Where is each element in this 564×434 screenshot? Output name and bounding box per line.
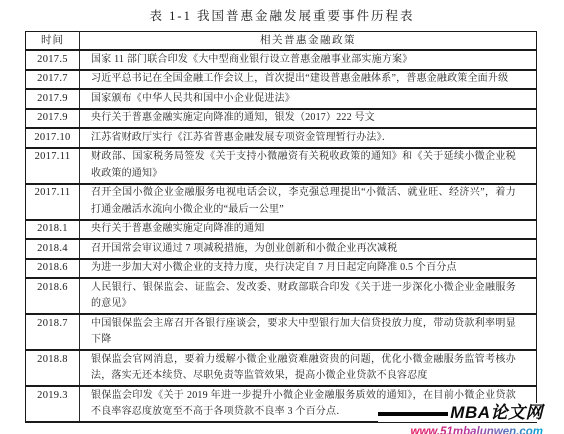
event-date-cell: 2017.11 [26, 184, 80, 220]
event-policy-cell: 财政部、国家税务局签发《关于支持小微融资有关税收政策的通知》和《关于延续小微企业… [80, 148, 537, 184]
event-date-cell: 2018.8 [26, 350, 80, 386]
event-date-cell: 2017.7 [26, 70, 80, 90]
event-policy-cell: 习近平总书记在全国金融工作会议上，首次提出“建设普惠金融体系”，普惠金融政策全面… [80, 70, 537, 90]
table-row: 2018.1 央行关于普惠金融实施定向降准的通知 [26, 220, 537, 240]
event-policy-cell: 央行关于普惠金融实施定向降准的通知，银发（2017）222 号文 [80, 109, 537, 129]
table-row: 2017.11 财政部、国家税务局签发《关于支持小微融资有关税收政策的通知》和《… [26, 148, 537, 184]
table-header-row: 时间 相关普惠金融政策 [26, 32, 537, 51]
event-date-cell: 2017.9 [26, 89, 80, 109]
table-caption: 表 1-1 我国普惠金融发展重要事件历程表 [0, 6, 564, 24]
event-date-cell: 2017.11 [26, 148, 80, 184]
event-date-cell: 2018.6 [26, 278, 80, 314]
event-policy-cell: 江苏省财政厅实行《江苏省普惠金融发展专项资金管理暂行办法》． [80, 128, 537, 148]
table-row: 2017.7 习近平总书记在全国金融工作会议上，首次提出“建设普惠金融体系”，普… [26, 70, 537, 90]
watermark-name-row: MBA论文网 [378, 403, 543, 422]
table-row: 2017.11 召开全国小微企业金融服务电视电话会议，李克强总理提出“小微活、就… [26, 184, 537, 220]
table-row: 2017.9 国家颁布《中华人民共和国中小企业促进法》 [26, 89, 537, 109]
watermark-site-name: MBA论文网 [450, 403, 543, 422]
table-row: 2018.8 银保监会官网消息，要着力缓解小微企业融资难融资贵的问题，优化小微金… [26, 350, 537, 386]
column-header-policy: 相关普惠金融政策 [80, 32, 537, 51]
event-policy-cell: 央行关于普惠金融实施定向降准的通知 [80, 220, 537, 240]
event-date-cell: 2017.9 [26, 109, 80, 129]
event-policy-cell: 中国银保监会主席召开各银行座谈会，要求大中型银行加大信贷投放力度，带动贷款利率明… [80, 314, 537, 350]
event-date-cell: 2018.1 [26, 220, 80, 240]
event-date-cell: 2017.5 [26, 50, 80, 70]
events-table: 时间 相关普惠金融政策 2017.5 国家 11 部门联合印发《大中型商业银行设… [25, 31, 537, 423]
watermark: MBA论文网 www.51mbalunwen.com [378, 403, 543, 434]
event-date-cell: 2017.10 [26, 128, 80, 148]
table-row: 2017.10 江苏省财政厅实行《江苏省普惠金融发展专项资金管理暂行办法》． [26, 128, 537, 148]
table-row: 2018.7 中国银保监会主席召开各银行座谈会，要求大中型银行加大信贷投放力度，… [26, 314, 537, 350]
event-date-cell: 2019.3 [26, 386, 80, 422]
event-date-cell: 2018.7 [26, 314, 80, 350]
watermark-site-url: www.51mbalunwen.com [411, 426, 544, 434]
event-policy-cell: 为进一步加大对小微企业的支持力度，央行决定自 7 月日起定向降准 0.5 个百分… [80, 259, 537, 279]
event-date-cell: 2018.4 [26, 239, 80, 259]
event-policy-cell: 召开全国小微企业金融服务电视电话会议，李克强总理提出“小微活、就业旺、经济兴”，… [80, 184, 537, 220]
event-policy-cell: 召开国常会审议通过 7 项减税措施，为创业创新和小微企业再次减税 [80, 239, 537, 259]
events-table-body: 2017.5 国家 11 部门联合印发《大中型商业银行设立普惠金融事业部实施方案… [26, 50, 537, 422]
event-policy-cell: 银保监会官网消息，要着力缓解小微企业融资难融资贵的问题，优化小微金融服务监管考核… [80, 350, 537, 386]
event-policy-cell: 国家颁布《中华人民共和国中小企业促进法》 [80, 89, 537, 109]
document-page: 表 1-1 我国普惠金融发展重要事件历程表 时间 相关普惠金融政策 2017.5… [0, 0, 564, 434]
watermark-rule [378, 412, 448, 416]
table-row: 2018.6 人民银行、银保监会、证监会、发改委、财政部联合印发《关于进一步深化… [26, 278, 537, 314]
table-row: 2018.6 为进一步加大对小微企业的支持力度，央行决定自 7 月日起定向降准 … [26, 259, 537, 279]
table-row: 2017.5 国家 11 部门联合印发《大中型商业银行设立普惠金融事业部实施方案… [26, 50, 537, 70]
event-date-cell: 2018.6 [26, 259, 80, 279]
table-row: 2018.4 召开国常会审议通过 7 项减税措施，为创业创新和小微企业再次减税 [26, 239, 537, 259]
table-row: 2017.9 央行关于普惠金融实施定向降准的通知，银发（2017）222 号文 [26, 109, 537, 129]
event-policy-cell: 人民银行、银保监会、证监会、发改委、财政部联合印发《关于进一步深化小微企业金融服… [80, 278, 537, 314]
event-policy-cell: 国家 11 部门联合印发《大中型商业银行设立普惠金融事业部实施方案》 [80, 50, 537, 70]
column-header-time: 时间 [26, 32, 80, 51]
